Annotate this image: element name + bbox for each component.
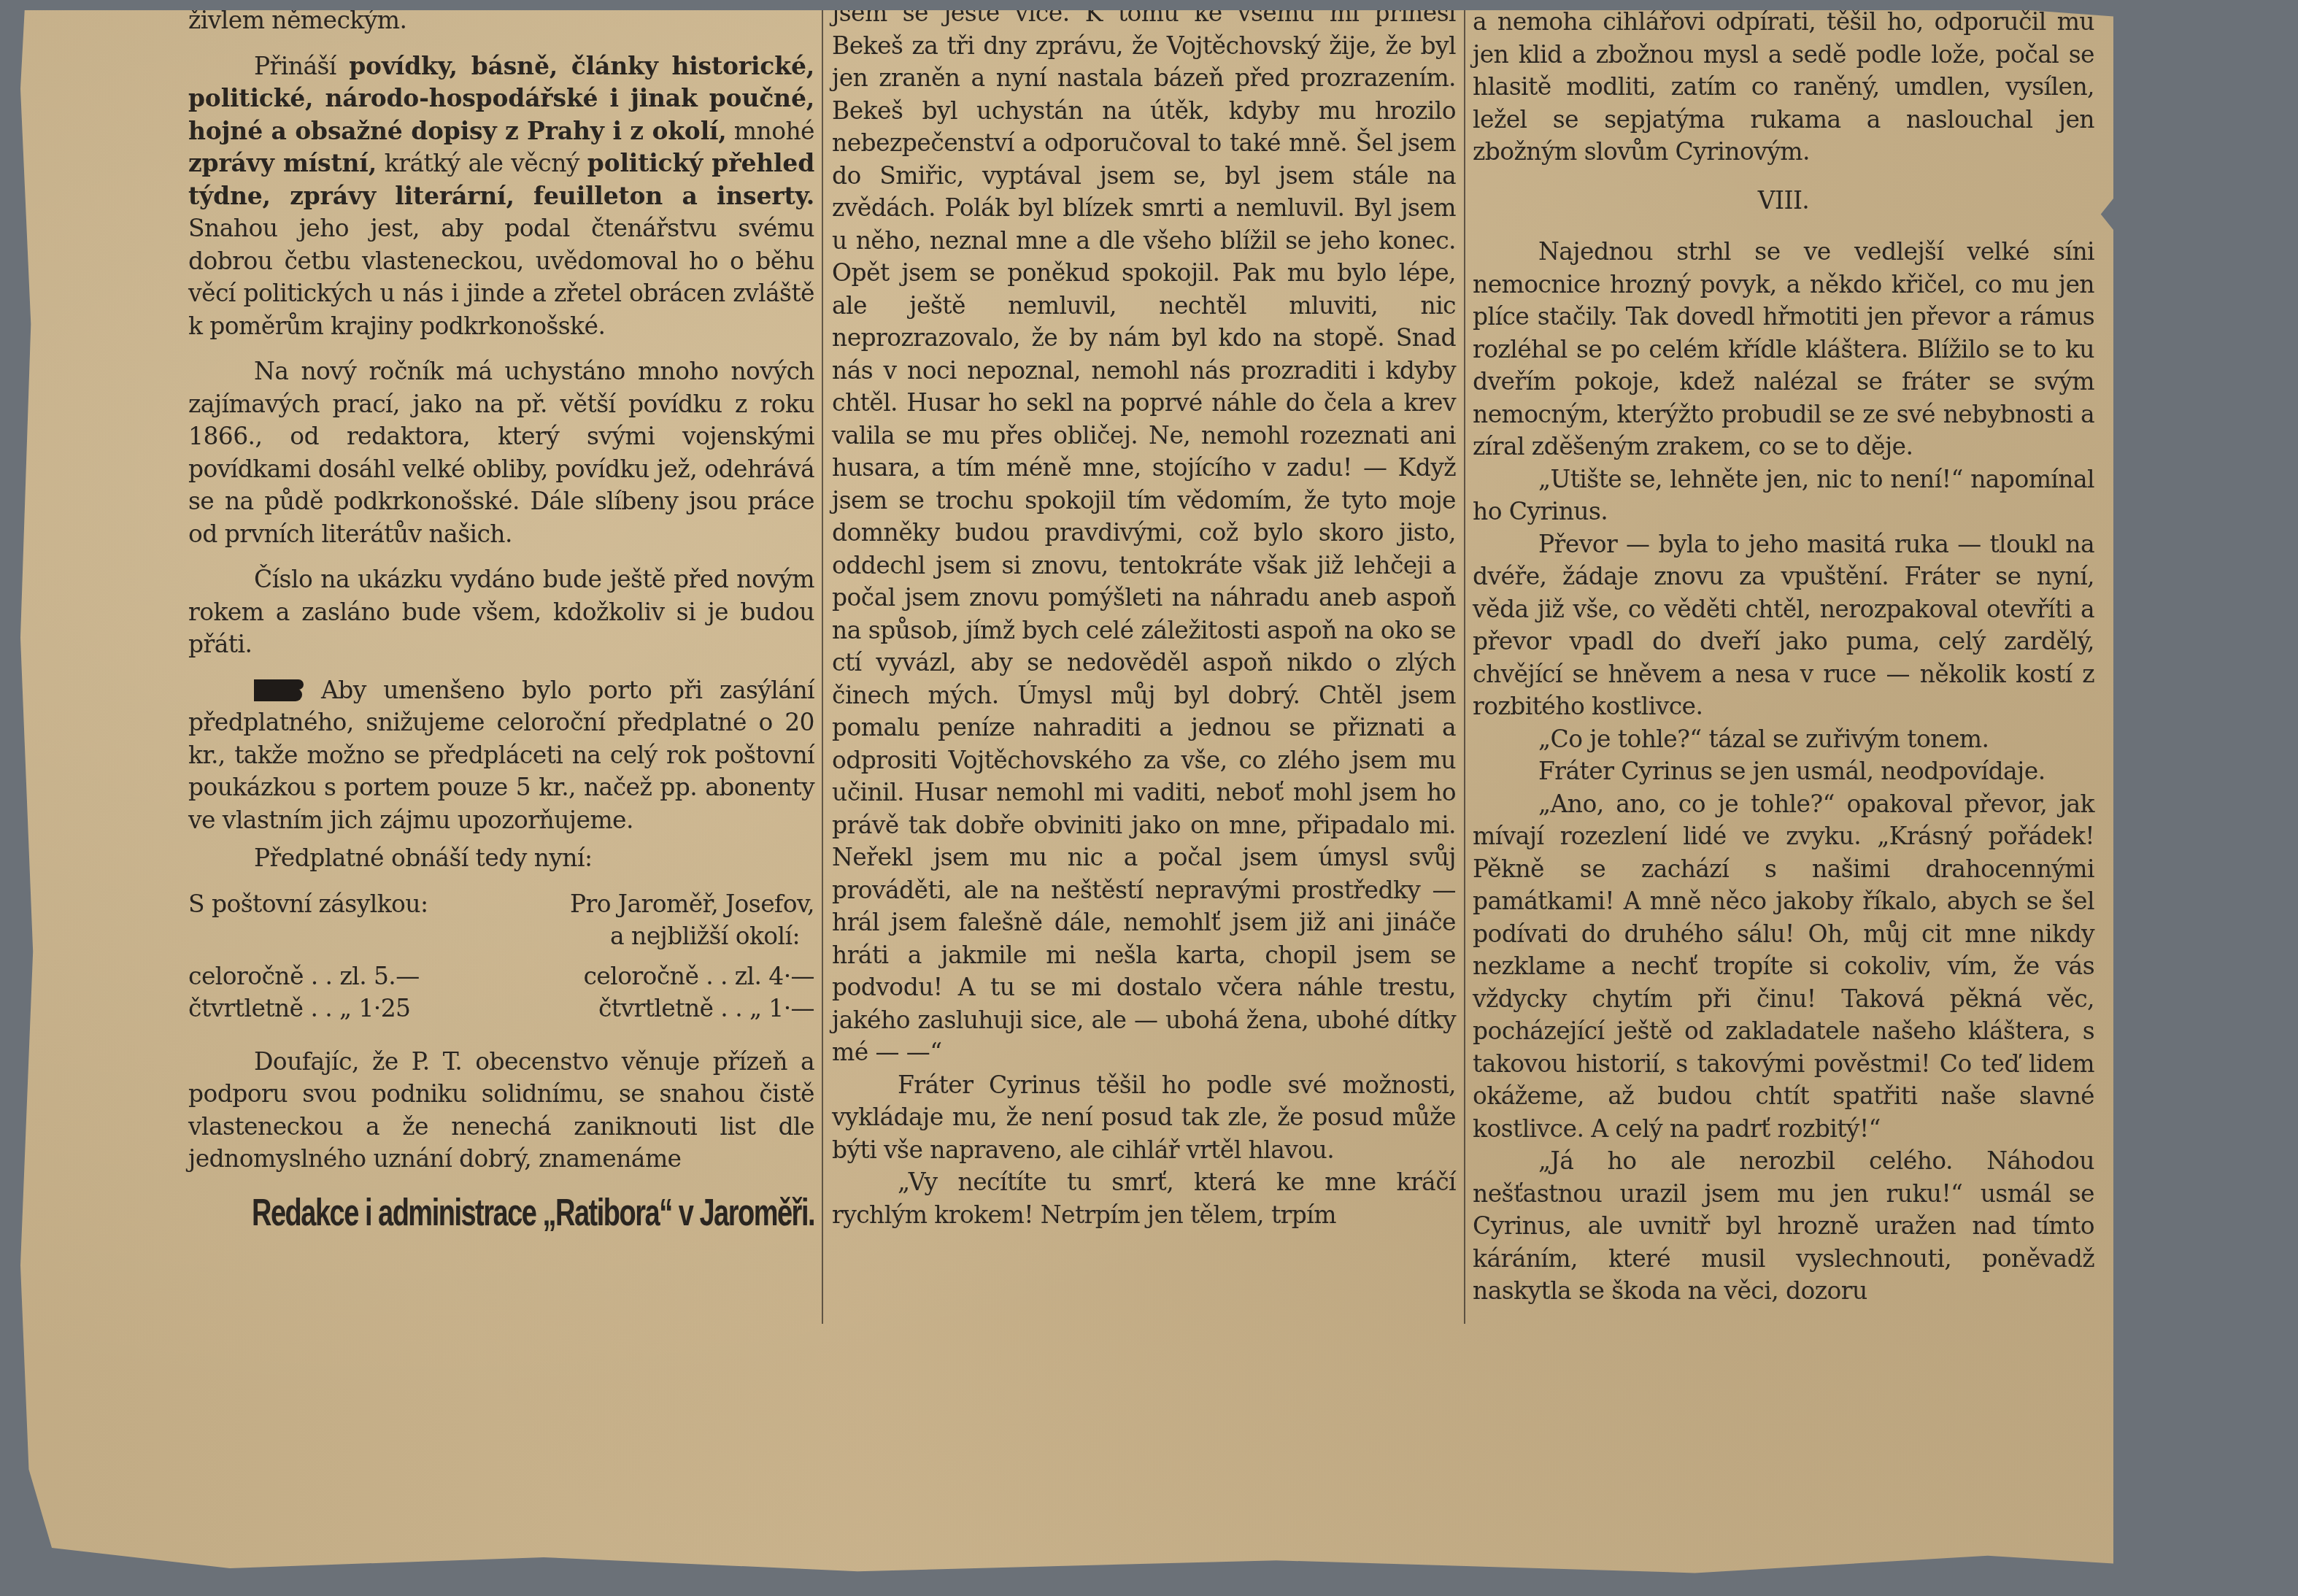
text: Přináší [254, 52, 336, 80]
price-value: 5.— [374, 962, 420, 990]
column-story-chapter: a nemoha cihlářovi odpírati, těšil ho, o… [1473, 6, 2094, 1308]
paragraph-dialogue: „Vy necítíte tu smrť, která ke mne kráčí… [832, 1166, 1456, 1231]
price-label: čtvrtletně . . „ [598, 994, 762, 1022]
price-header-right: Pro Jaroměř, Josefov, [570, 888, 814, 921]
price-value: 1·25 [358, 994, 410, 1022]
paragraph-prior-rant: „Ano, ano, co je tohle?“ opakoval převor… [1473, 788, 2094, 1146]
price-value: 4·— [768, 962, 814, 990]
paragraph-uproar: Najednou strhl se ve vedlejší velké síni… [1473, 236, 2094, 463]
paragraph-cyrinus-smiles: Fráter Cyrinus se jen usmál, neodpovídaj… [1473, 755, 2094, 788]
paragraph-cyrinus-reply: „Já ho ale nerozbil celého. Náhodou nešť… [1473, 1145, 2094, 1308]
paragraph-new-volume: Na nový ročník má uchystáno mnoho nových… [188, 355, 814, 550]
price-header-left: S poštovní zásylkou: [188, 888, 428, 921]
price-label: celoročně . . zl. [188, 962, 366, 990]
price-label: celoročně . . zl. [583, 962, 761, 990]
price-row: čtvrtletně . . „ 1·25 čtvrtletně . . „ 1… [188, 992, 814, 1025]
paragraph-dialogue: „Utište se, lehněte jen, nic to není!“ n… [1473, 463, 2094, 528]
price-value: 1·— [768, 994, 814, 1022]
pointing-hand-icon [254, 676, 305, 703]
paragraph-confession: jsem se ještě více. K tomu ke všemu mi p… [832, 0, 1456, 1069]
chapter-heading: VIII. [1473, 185, 2094, 217]
text: krátký ale věcný [385, 149, 579, 177]
paragraph-subscription-heading: Předplatné obnáší tedy nyní: [188, 842, 814, 875]
text: mnohé [734, 117, 814, 145]
paragraph-dialogue: „Co je tohle?“ tázal se zuřivým tonem. [1473, 723, 2094, 756]
price-cell: čtvrtletně . . „ 1·— [598, 992, 814, 1025]
text: Snahou jeho jest, aby podal čtenářstvu s… [188, 214, 814, 340]
paragraph-postage: Aby umenšeno bylo porto při zasýlání pře… [188, 674, 814, 837]
paragraph-fragment: živlem německým. [188, 4, 814, 37]
price-cell: celoročně . . zl. 5.— [188, 960, 420, 993]
paragraph-closing: Doufajíc, že P. T. obecenstvo věnuje pří… [188, 1046, 814, 1176]
bold-text: zprávy místní, [188, 149, 377, 177]
paragraph-sample-issue: Číslo na ukázku vydáno bude ještě před n… [188, 563, 814, 661]
column-rule [822, 10, 823, 1324]
paragraph-offerings: Přináší povídky, básně, články historick… [188, 50, 814, 343]
signoff-editorial: Redakce i administrace „Ratibora“ v Jaro… [188, 1192, 814, 1235]
price-row: celoročně . . zl. 5.— celoročně . . zl. … [188, 960, 814, 993]
column-announcement: živlem německým. Přináší povídky, básně,… [188, 4, 814, 1230]
price-cell: celoročně . . zl. 4·— [583, 960, 814, 993]
paragraph-cyrinus-comforts: Fráter Cyrinus těšil ho podle své možnos… [832, 1069, 1456, 1167]
paragraph-prior-enters: Převor — byla to jeho masitá ruka — tlou… [1473, 528, 2094, 723]
paragraph-prayer: a nemoha cihlářovi odpírati, těšil ho, o… [1473, 6, 2094, 169]
column-rule [1464, 10, 1465, 1324]
price-header: S poštovní zásylkou: Pro Jaroměř, Josefo… [188, 888, 814, 921]
price-label: čtvrtletně . . „ [188, 994, 352, 1022]
newspaper-page: živlem německým. Přináší povídky, básně,… [20, 10, 2113, 1579]
column-story-continued: jsem se ještě více. K tomu ke všemu mi p… [832, 0, 1456, 1231]
price-table: S poštovní zásylkou: Pro Jaroměř, Josefo… [188, 888, 814, 1025]
price-header-right-2: a nejbližší okolí: [188, 920, 814, 953]
price-cell: čtvrtletně . . „ 1·25 [188, 992, 410, 1025]
